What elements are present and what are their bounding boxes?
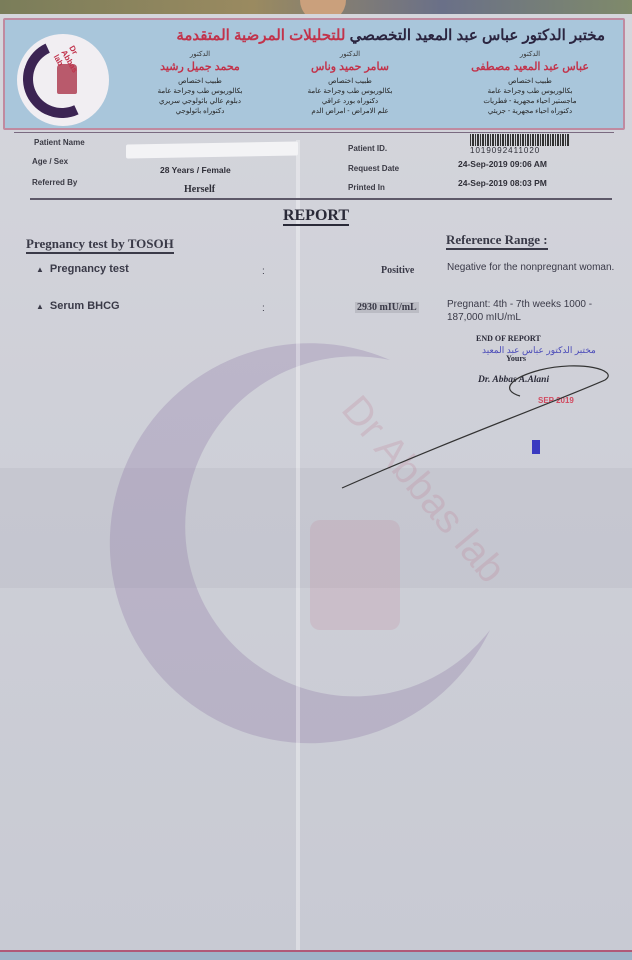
referred-by-value: Herself <box>184 184 215 195</box>
lab-logo: Dr Abbas lab <box>17 34 109 126</box>
patient-id-label: Patient ID. <box>348 144 387 153</box>
doctor-credential: طبيب اختصاص <box>125 77 275 87</box>
test-reference: Negative for the nonpregnant woman. <box>447 261 617 274</box>
doctor-credential: دكتوراه باثولوجي <box>125 107 275 117</box>
doctor-credential: بكالوريوس طب وجراحة عامة <box>125 87 275 97</box>
triangle-bullet-icon: ▲ <box>36 265 44 274</box>
divider <box>14 132 614 133</box>
patient-name-label: Patient Name <box>34 138 85 147</box>
doctor-credential: طبيب اختصاص <box>275 77 425 87</box>
triangle-bullet-icon: ▲ <box>36 302 44 311</box>
test-result: 2930 mIU/mL <box>355 302 419 313</box>
doctor-credential: دبلوم عالي باثولوجي سريري <box>125 97 275 107</box>
arabic-stamp: مختبر الدكتور عباس عبد المعيد <box>482 345 596 356</box>
doctor-credential: علم الامراض - امراض الدم <box>275 107 425 117</box>
doctor-credential: بكالوريوس طب وجراحة عامة <box>455 87 605 97</box>
request-date-label: Request Date <box>348 164 399 173</box>
reference-range-title: Reference Range : <box>446 232 548 250</box>
age-sex-label: Age / Sex <box>32 157 68 166</box>
test-name: ▲Serum BHCG <box>36 300 120 312</box>
colon: : <box>262 303 265 314</box>
age-sex-value: 28 Years / Female <box>160 165 231 175</box>
referred-by-label: Referred By <box>32 178 77 187</box>
printed-in-label: Printed In <box>348 183 385 192</box>
patient-id-value: 1019092411020 <box>470 146 540 155</box>
section-title: Pregnancy test by TOSOH <box>26 236 174 254</box>
doctor-credential: ماجستير احياء مجهرية - فطريات <box>455 97 605 107</box>
doctor-credential: دكتوراه احياء مجهرية - جزيئي <box>455 107 605 117</box>
paper-crease <box>296 140 300 950</box>
doctor-prefix: الدكتور <box>125 50 275 58</box>
report-title: REPORT <box>0 207 632 225</box>
request-date-value: 24-Sep-2019 09:06 AM <box>458 159 547 169</box>
doctor-credential: دكتوراه بورد عراقي <box>275 97 425 107</box>
divider <box>30 198 612 200</box>
test-result: Positive <box>381 265 414 276</box>
doctor-column-3: الدكتور محمد جميل رشيد طبيب اختصاص بكالو… <box>125 50 275 117</box>
report-title-text: REPORT <box>283 207 349 226</box>
redacted-patient-name <box>126 141 298 158</box>
patient-info: Patient Name Age / Sex 28 Years / Female… <box>30 134 590 196</box>
doctor-column-1: الدكتور عباس عبد المعيد مصطفى طبيب اختصا… <box>455 50 605 117</box>
colon: : <box>262 266 265 277</box>
lab-stamp-icon <box>512 432 552 468</box>
doctor-name: محمد جميل رشيد <box>125 60 275 73</box>
doctor-name: عباس عبد المعيد مصطفى <box>455 60 605 73</box>
printed-in-value: 24-Sep-2019 08:03 PM <box>458 178 547 188</box>
doctor-prefix: الدكتور <box>455 50 605 58</box>
barcode-icon <box>470 134 570 146</box>
lab-title-accent: للتحليلات المرضية المتقدمة <box>176 27 345 44</box>
doctor-prefix: الدكتور <box>275 50 425 58</box>
test-name: ▲Pregnancy test <box>36 263 129 275</box>
signature-stroke-icon <box>330 360 620 495</box>
doctor-column-2: الدكتور سامر حميد وناس طبيب اختصاص بكالو… <box>275 50 425 117</box>
footer-band <box>0 952 632 960</box>
end-of-report: END OF REPORT <box>476 334 541 343</box>
doctor-name: سامر حميد وناس <box>275 60 425 73</box>
doctor-credential: بكالوريوس طب وجراحة عامة <box>275 87 425 97</box>
test-reference: Pregnant: 4th - 7th weeks 1000 - 187,000… <box>447 298 612 324</box>
test-name-text: Serum BHCG <box>50 300 120 312</box>
lab-title: مختبر الدكتور عباس عبد المعيد التخصصي لل… <box>176 26 605 44</box>
lab-title-main: مختبر الدكتور عباس عبد المعيد التخصصي <box>350 27 605 44</box>
lab-header: Dr Abbas lab مختبر الدكتور عباس عبد المع… <box>3 18 625 130</box>
doctor-credential: طبيب اختصاص <box>455 77 605 87</box>
test-name-text: Pregnancy test <box>50 263 129 275</box>
